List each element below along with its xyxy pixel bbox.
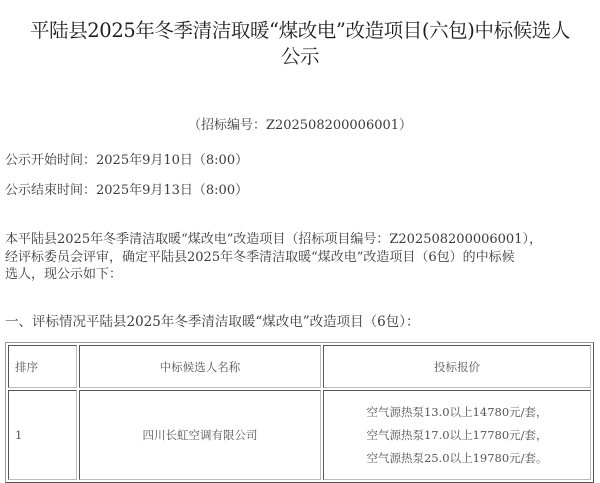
publicity-start-time: 公示开始时间：2025年9月10日（8:00） bbox=[5, 149, 248, 168]
cell-rank: 1 bbox=[8, 390, 77, 480]
intro-line: 选人，现公示如下： bbox=[5, 266, 590, 284]
header-rank: 排序 bbox=[8, 345, 77, 388]
intro-paragraph: 本平陆县2025年冬季清洁取暖“煤改电”改造项目（招标项目编号：Z2025082… bbox=[5, 231, 590, 284]
bid-number: （招标编号：Z202508200006001） bbox=[0, 114, 600, 133]
document-title: 平陆县2025年冬季清洁取暖“煤改电”改造项目(六包)中标候选人 公示 bbox=[0, 18, 600, 70]
candidates-table: 排序 中标候选人名称 投标报价 1 四川长虹空调有限公司 空气源热泵13.0以上… bbox=[5, 342, 594, 483]
table-row: 1 四川长虹空调有限公司 空气源热泵13.0以上14780元/套， 空气源热泵1… bbox=[8, 390, 591, 480]
section-heading: 一、评标情况平陆县2025年冬季清洁取暖“煤改电”改造项目（6包）： bbox=[5, 310, 420, 330]
table-header-row: 排序 中标候选人名称 投标报价 bbox=[8, 345, 591, 388]
publicity-end-time: 公示结束时间：2025年9月13日（8:00） bbox=[5, 179, 248, 198]
cell-bid-price: 空气源热泵13.0以上14780元/套， 空气源热泵17.0以上17780元/套… bbox=[323, 390, 591, 480]
header-bid-price: 投标报价 bbox=[323, 345, 591, 388]
header-candidate-name: 中标候选人名称 bbox=[79, 345, 321, 388]
cell-candidate-name: 四川长虹空调有限公司 bbox=[79, 390, 321, 480]
price-line: 空气源热泵13.0以上14780元/套， bbox=[330, 401, 584, 424]
title-line-1: 平陆县2025年冬季清洁取暖“煤改电”改造项目(六包)中标候选人 bbox=[0, 18, 600, 44]
price-line: 空气源热泵17.0以上17780元/套， bbox=[330, 424, 584, 447]
price-line: 空气源热泵25.0以上19780元/套。 bbox=[330, 447, 584, 470]
title-line-2: 公示 bbox=[0, 44, 600, 70]
intro-line: 本平陆县2025年冬季清洁取暖“煤改电”改造项目（招标项目编号：Z2025082… bbox=[5, 231, 590, 249]
intro-line: 经评标委员会评审，确定平陆县2025年冬季清洁取暖“煤改电”改造项目（6包）的中… bbox=[5, 249, 590, 267]
